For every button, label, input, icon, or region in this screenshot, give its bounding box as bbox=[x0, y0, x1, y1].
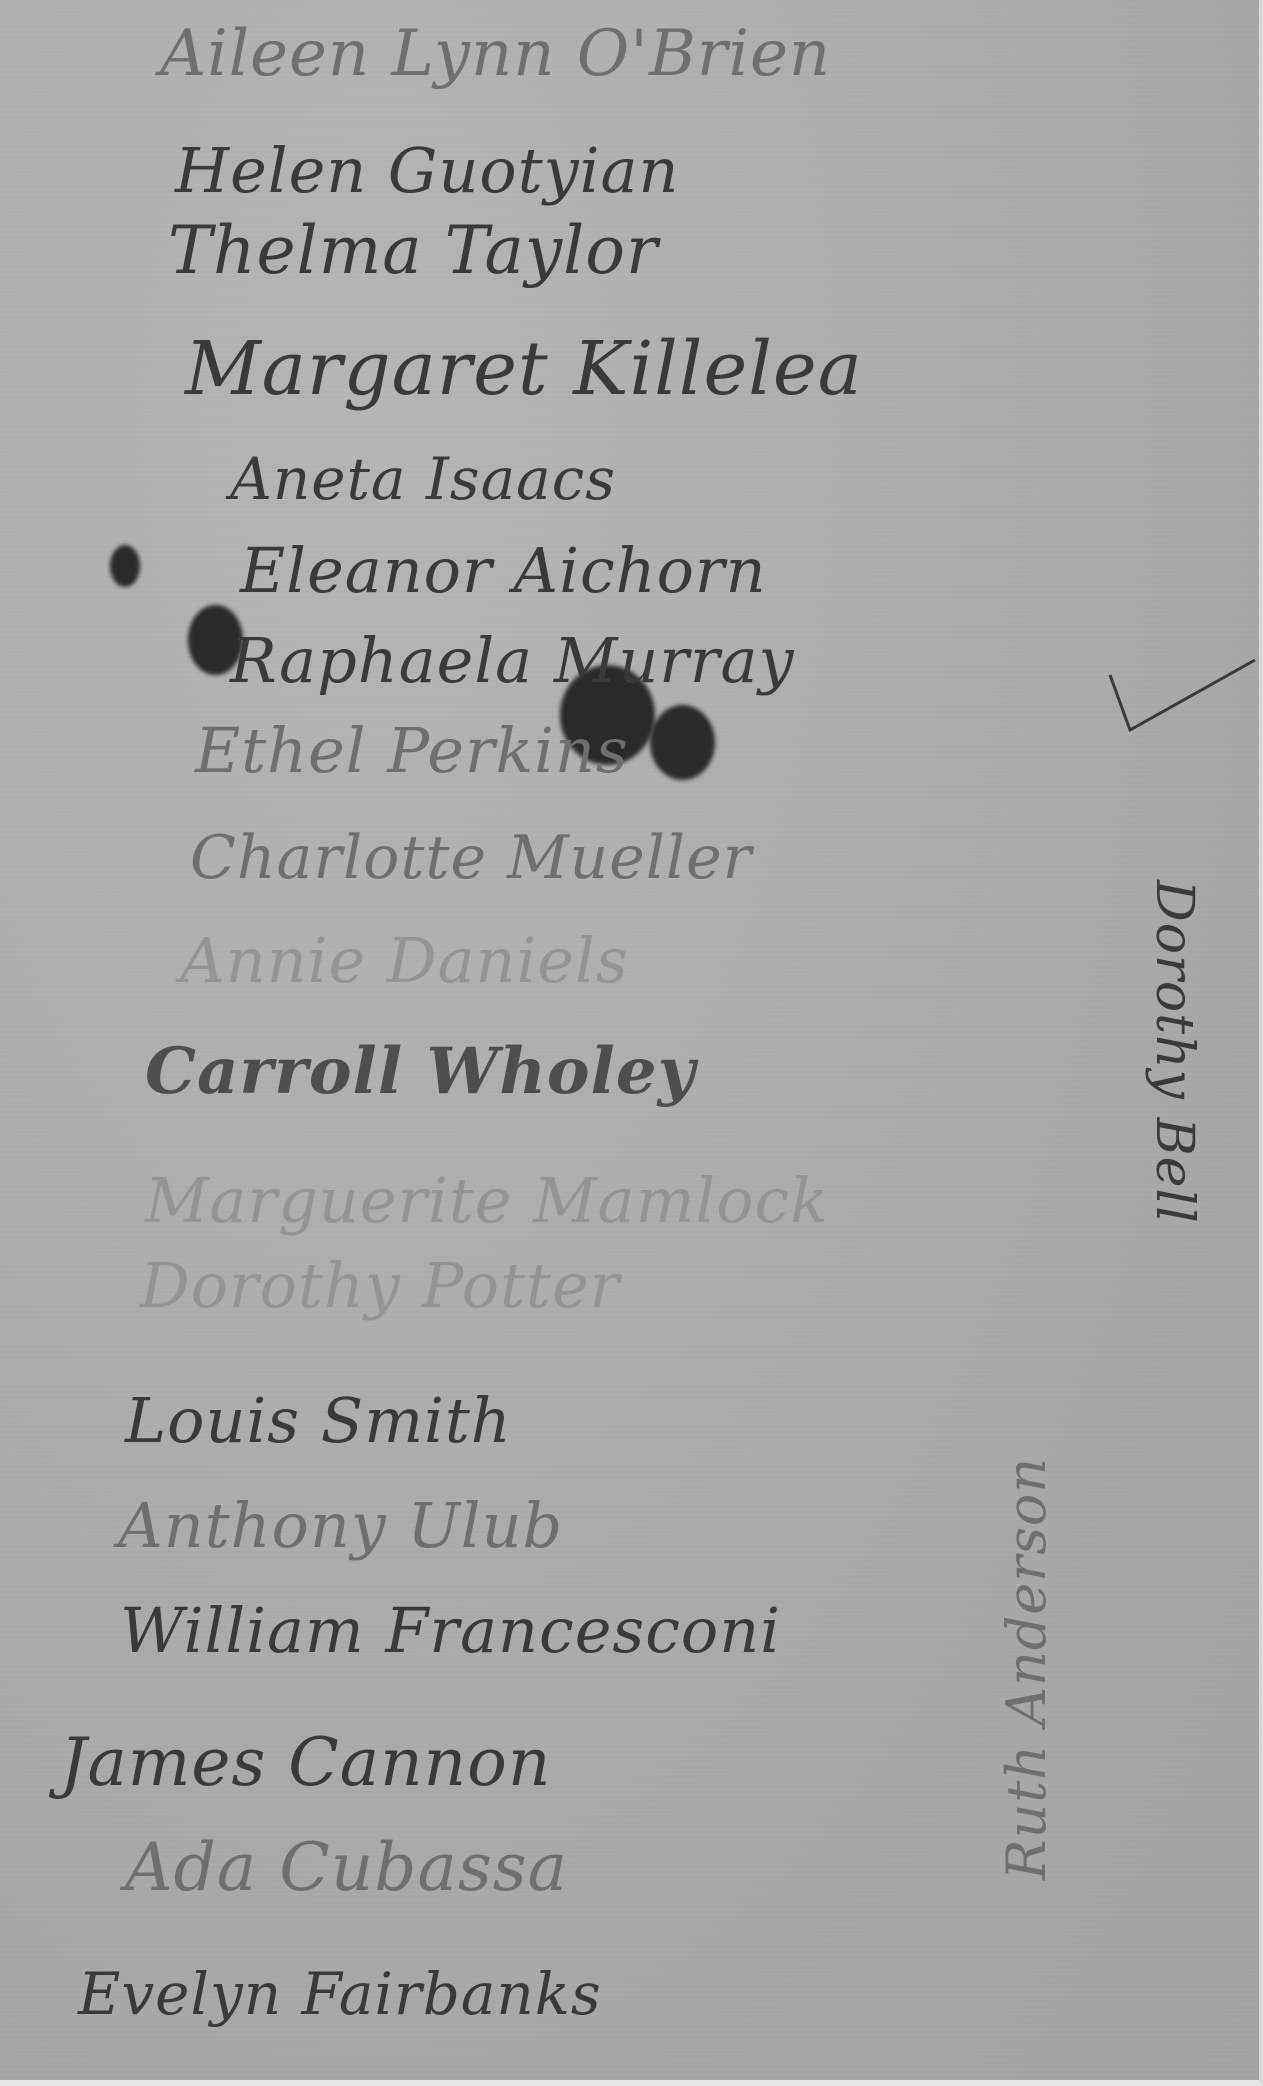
signature-19: Evelyn Fairbanks bbox=[78, 1965, 602, 2023]
ink-blot-small bbox=[110, 545, 140, 587]
signature-10: Annie Daniels bbox=[180, 930, 629, 992]
signature-5: Aneta Isaacs bbox=[230, 450, 616, 508]
signature-16: William Francesconi bbox=[120, 1600, 781, 1662]
signature-page: Aileen Lynn O'Brien Helen Guotyian Thelm… bbox=[0, 0, 1263, 2086]
signature-13: Dorothy Potter bbox=[140, 1255, 620, 1317]
checkmark-icon bbox=[1100, 655, 1260, 735]
vertical-signature-1: Dorothy Bell bbox=[1148, 880, 1200, 1224]
signature-9: Charlotte Mueller bbox=[190, 828, 752, 888]
signature-7: Raphaela Murray bbox=[230, 630, 795, 692]
signature-8: Ethel Perkins bbox=[195, 720, 629, 782]
ink-blot-large-2 bbox=[650, 705, 715, 780]
signature-2: Helen Guotyian bbox=[175, 140, 679, 202]
signature-17: James Cannon bbox=[60, 1730, 551, 1796]
signature-4: Margaret Killelea bbox=[185, 332, 863, 406]
signature-12: Marguerite Mamlock bbox=[145, 1170, 829, 1232]
signature-11: Carroll Wholey bbox=[145, 1040, 696, 1104]
signature-18: Ada Cubassa bbox=[125, 1835, 568, 1901]
signature-3: Thelma Taylor bbox=[168, 218, 659, 284]
signature-15: Anthony Ulub bbox=[118, 1495, 563, 1557]
vertical-signature-2: Ruth Anderson bbox=[1000, 1457, 1054, 1880]
signature-6: Eleanor Aichorn bbox=[240, 540, 767, 602]
signature-1: Aileen Lynn O'Brien bbox=[160, 22, 831, 86]
signature-14: Louis Smith bbox=[125, 1390, 512, 1452]
